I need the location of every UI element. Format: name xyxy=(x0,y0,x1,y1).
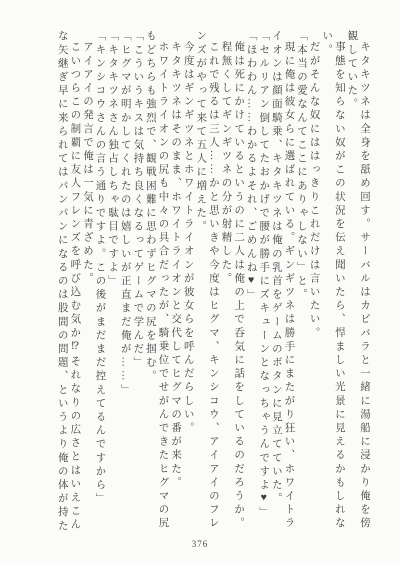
paragraph: これで残るは三人……かと思いきや今度はヒグマ、キンシコウ、アイアイのフレンズがや… xyxy=(194,30,219,535)
paragraph: 今度はギンギツネとホワイトライオンが彼女らを呼んだらしい。 xyxy=(181,30,194,535)
page-number: 376 xyxy=(0,539,400,549)
paragraph: キタキツネは全身を舐め回す。サーバルはカピバラと一緒に湯船に浸かり俺を傍観してい… xyxy=(345,30,370,535)
paragraph: アイアイの発言で俺は一気に青ざめた。 xyxy=(80,30,93,535)
paragraph: だがそんな奴にははっきりこれだけは言いたい。 xyxy=(307,30,320,535)
paragraph: 俺は死にかけているというのに二人は俺の上で呑気に話をしているのだろうか。 xyxy=(231,30,244,535)
paragraph: 現に俺は彼女らに選ばれている。ギンギツネは勝手にまたがり狂い、ホワイトライオンは… xyxy=(269,30,294,535)
paragraph: 「セルリアン倒してたおかげで腰が勝手にズキューンとなっちゃうんですよ♥」 xyxy=(257,30,270,535)
paragraph: 「キタキツネさん独占しちゃ駄目ですよ」 xyxy=(106,30,119,535)
paragraph: こいつらこの制覇に友人フレンズを呼び込む気か⁉それなりの広さとはいえこんな矢継ぎ… xyxy=(56,30,80,535)
paragraph: 程無くしてギンギツネの分が射精した。 xyxy=(219,30,232,535)
paragraph: ホワイトライオンの尻も中々の具合だったが、騎乗位でせがんできたヒグマの尻もどちら… xyxy=(143,30,168,535)
paragraph: 「ヒグマが明かしてくれたのは嬉しいが正直まだ俺が……」 xyxy=(118,30,131,535)
book-page: キタキツネは全身を舐め回す。サーバルはカピバラと一緒に湯船に浸かり俺を傍観してい… xyxy=(0,0,400,565)
paragraph: 「キンシコウさんの言う通りですよ。この後がまだまだ控えてるんですから」 xyxy=(93,30,106,535)
paragraph: 「こういうキスは気持ち良くなるってゲームで学んだ」 xyxy=(131,30,144,535)
paragraph: 「本当の愛なんてここにありゃしない」と。 xyxy=(294,30,307,535)
page-text-block: キタキツネは全身を舐め回す。サーバルはカピバラと一緒に湯船に浸かり俺を傍観してい… xyxy=(56,30,370,535)
paragraph: 「ほわわん……わかるよそれ、ごめんね♥」 xyxy=(244,30,257,535)
paragraph: 事態を知らない奴がこの状況を伝え聞いたら、悍ましい光景に見えるかもしれない。 xyxy=(320,30,345,535)
paragraph: キタキツネはそのまま、ホワイトライオンと交代してヒグマの番が来た。 xyxy=(169,30,182,535)
